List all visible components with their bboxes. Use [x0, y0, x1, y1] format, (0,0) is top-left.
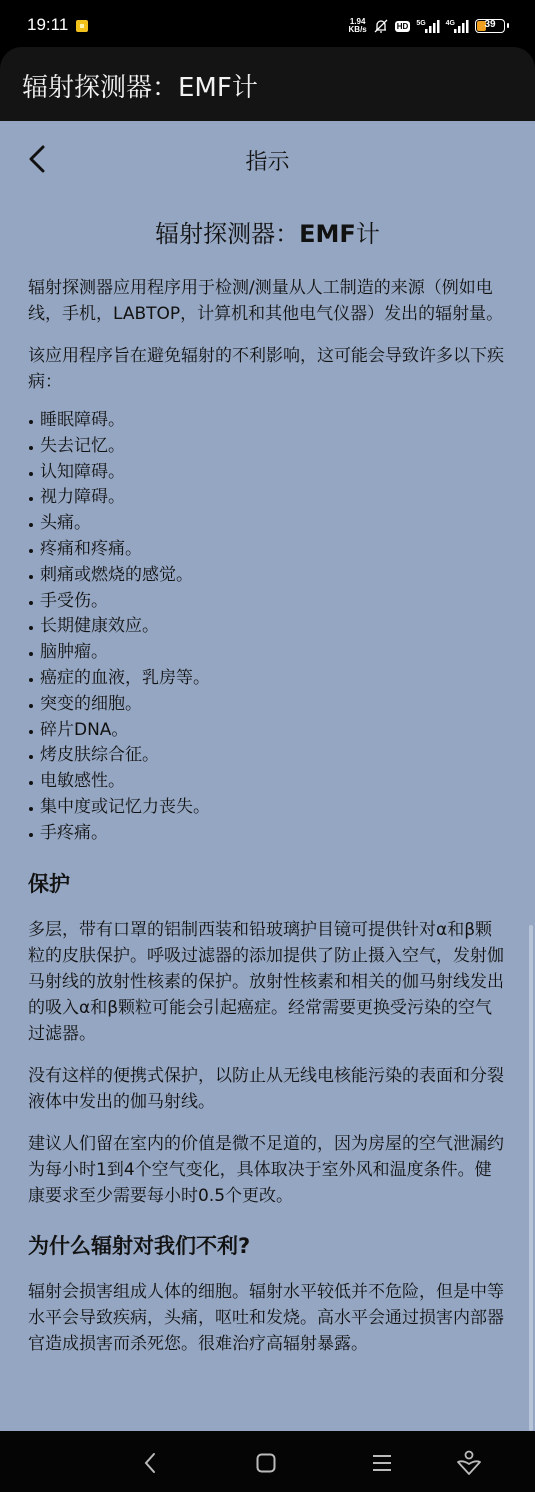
list-item: 认知障碍。	[28, 460, 507, 486]
home-icon	[256, 1453, 276, 1473]
system-nav-bar	[0, 1431, 535, 1492]
status-bar: 19:11 1.94 KB/s HD 5G 4G 39	[0, 0, 535, 50]
section-paragraph: 多层，带有口罩的铝制西装和铅玻璃护目镜可提供针对α和β颗粒的皮肤保护。呼吸过滤器…	[28, 917, 507, 1047]
hd-voice-icon: HD	[395, 21, 411, 32]
list-item: 癌症的血液，乳房等。	[28, 666, 507, 692]
status-time: 19:11	[27, 15, 68, 35]
system-home-button[interactable]	[252, 1449, 280, 1477]
list-item: 视力障碍。	[28, 485, 507, 511]
list-item: 集中度或记忆力丧失。	[28, 795, 507, 821]
section-paragraph: 没有这样的便携式保护，以防止从无线电核能污染的表面和分裂液体中发出的伽马射线。	[28, 1063, 507, 1115]
intro-paragraph: 该应用程序旨在避免辐射的不利影响，这可能会导致许多以下疾病：	[28, 343, 507, 395]
disease-list: 睡眠障碍。 失去记忆。 认知障碍。 视力障碍。 头痛。 疼痛和疼痛。 刺痛或燃烧…	[28, 408, 507, 847]
menu-icon	[372, 1454, 392, 1472]
network-speed: 1.94 KB/s	[349, 18, 367, 34]
list-item: 疼痛和疼痛。	[28, 537, 507, 563]
list-item: 烤皮肤综合征。	[28, 743, 507, 769]
assistant-icon	[456, 1450, 482, 1476]
intro-paragraph: 辐射探测器应用程序用于检测/测量从人工制造的来源（例如电线，手机，LABTOP，…	[28, 275, 507, 327]
signal-4g-icon: 4G	[446, 19, 469, 33]
document-body: 辐射探测器应用程序用于检测/测量从人工制造的来源（例如电线，手机，LABTOP，…	[0, 275, 535, 1357]
mute-bell-icon	[373, 18, 389, 34]
list-item: 电敏感性。	[28, 769, 507, 795]
list-item: 刺痛或燃烧的感觉。	[28, 563, 507, 589]
section-heading-protection: 保护	[28, 869, 507, 899]
system-back-button[interactable]	[136, 1449, 164, 1477]
app-title: 辐射探测器：EMF计	[22, 67, 258, 104]
section-paragraph: 辐射会损害组成人体的细胞。辐射水平较低并不危险，但是中等水平会导致疾病，头痛，呕…	[28, 1279, 507, 1357]
system-recents-button[interactable]	[368, 1449, 396, 1477]
list-item: 手受伤。	[28, 589, 507, 615]
list-item: 头痛。	[28, 511, 507, 537]
document-title: 辐射探测器：EMF计	[0, 214, 535, 258]
battery-level: 39	[476, 19, 504, 30]
list-item: 失去记忆。	[28, 434, 507, 460]
signal-5g-icon: 5G	[416, 19, 439, 33]
scrollbar[interactable]	[529, 925, 533, 1431]
page-title: 指示	[0, 145, 535, 176]
page-header: 指示	[0, 121, 535, 201]
list-item: 手疼痛。	[28, 821, 507, 847]
system-assistant-button[interactable]	[455, 1449, 483, 1477]
instructions-page[interactable]: 指示 辐射探测器：EMF计 辐射探测器应用程序用于检测/测量从人工制造的来源（例…	[0, 121, 535, 1431]
list-item: 脑肿瘤。	[28, 640, 507, 666]
status-icons: 1.94 KB/s HD 5G 4G 39	[349, 15, 505, 37]
list-item: 长期健康效应。	[28, 614, 507, 640]
notification-icon	[76, 20, 88, 32]
section-paragraph: 建议人们留在室内的价值是微不足道的，因为房屋的空气泄漏约为每小时1到4个空气变化…	[28, 1131, 507, 1209]
list-item: 碎片DNA。	[28, 718, 507, 744]
app-bar: 辐射探测器：EMF计	[0, 47, 535, 121]
list-item: 睡眠障碍。	[28, 408, 507, 434]
section-heading-why-harmful: 为什么辐射对我们不利?	[28, 1231, 507, 1261]
battery-icon: 39	[475, 19, 505, 33]
back-icon	[143, 1452, 157, 1474]
list-item: 突变的细胞。	[28, 692, 507, 718]
